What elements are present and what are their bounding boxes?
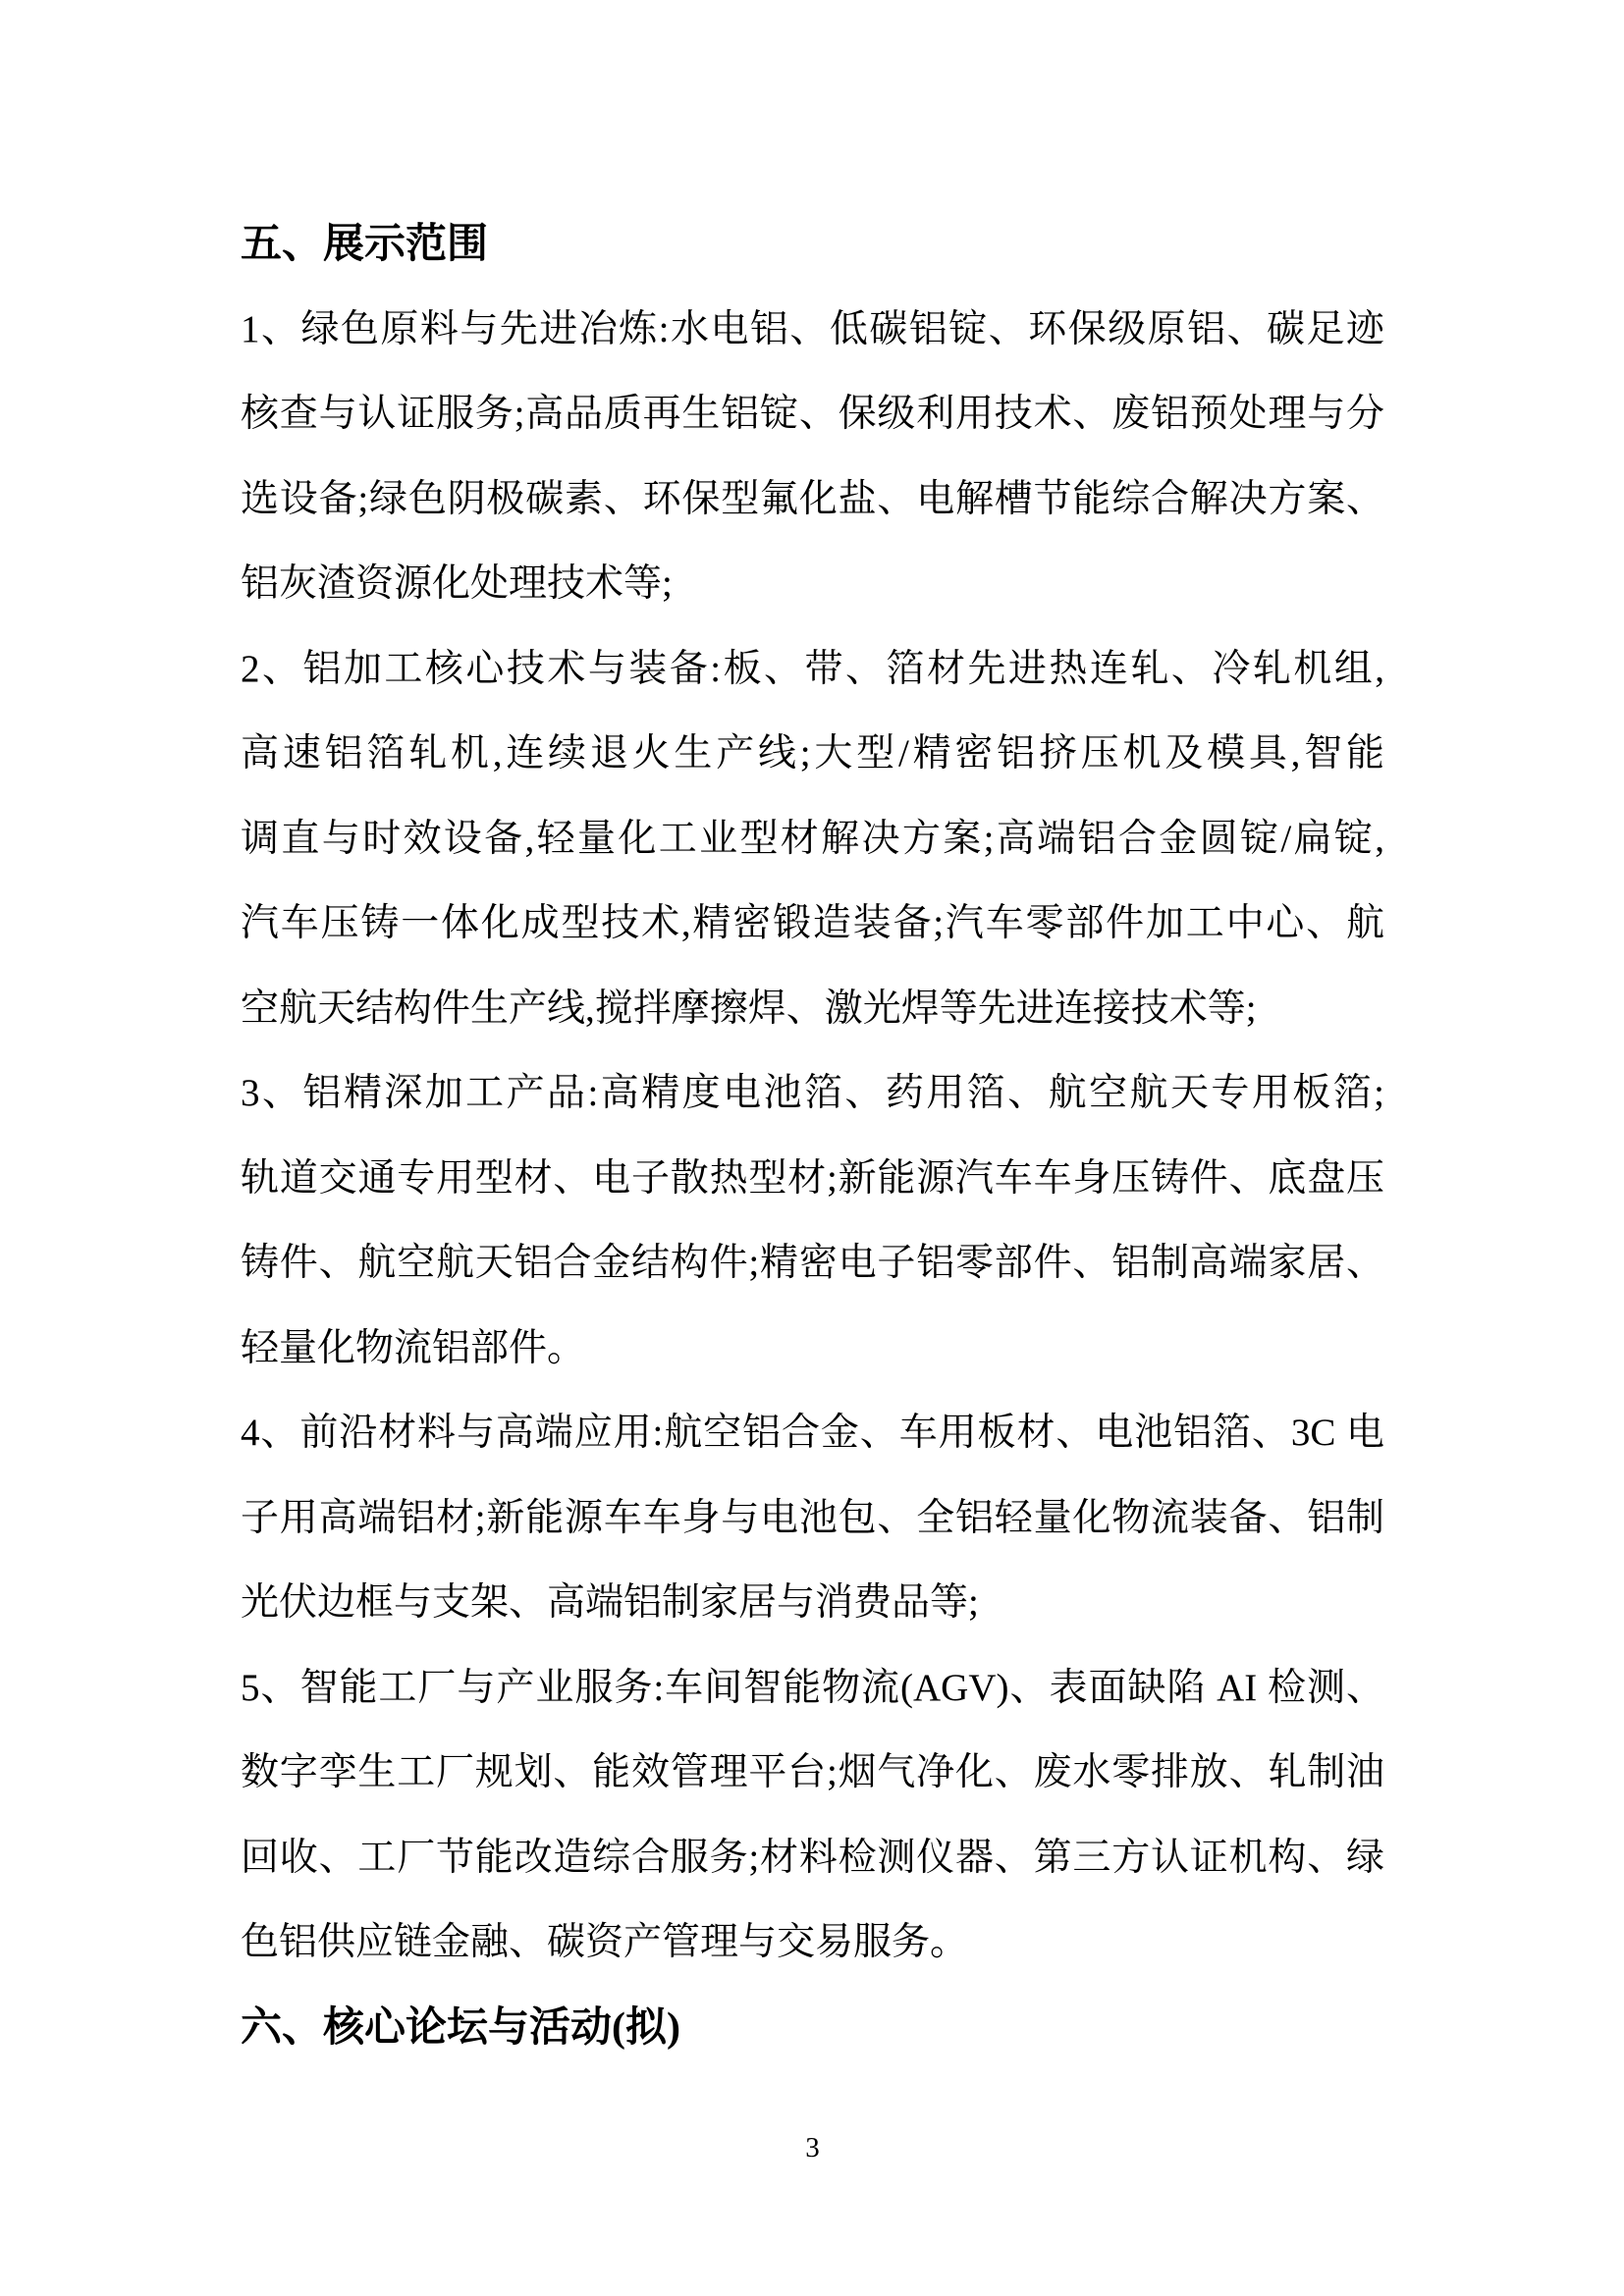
body-line: 色铝供应链金融、碳资产管理与交易服务。 [241,1900,1384,1986]
body-line: 高速铝箔轧机,连续退火生产线;大型/精密铝挤压机及模具,智能 [241,712,1384,797]
body-line: 4、前沿材料与高端应用:航空铝合金、车用板材、电池铝箔、3C 电 [241,1391,1384,1476]
body-line: 光伏边框与支架、高端铝制家居与消费品等; [241,1561,1384,1646]
body-line: 铸件、航空航天铝合金结构件;精密电子铝零部件、铝制高端家居、 [241,1221,1384,1307]
body-line: 轨道交通专用型材、电子散热型材;新能源汽车车身压铸件、底盘压 [241,1137,1384,1222]
document-page: 五、展示范围 1、绿色原料与先进冶炼:水电铝、低碳铝锭、环保级原铝、碳足迹 核查… [0,0,1624,2296]
page-number: 3 [241,2130,1384,2165]
body-line: 核查与认证服务;高品质再生铝锭、保级利用技术、废铝预处理与分 [241,372,1384,457]
body-line: 3、铝精深加工产品:高精度电池箔、药用箔、航空航天专用板箔; [241,1051,1384,1137]
body-line: 调直与时效设备,轻量化工业型材解决方案;高端铝合金圆锭/扁锭, [241,797,1384,882]
body-line: 汽车压铸一体化成型技术,精密锻造装备;汽车零部件加工中心、航 [241,881,1384,967]
section6-heading: 六、核心论坛与活动(拟) [241,1986,1384,2071]
body-line: 子用高端铝材;新能源车车身与电池包、全铝轻量化物流装备、铝制 [241,1476,1384,1562]
section5-heading: 五、展示范围 [241,202,1384,288]
body-line: 5、智能工厂与产业服务:车间智能物流(AGV)、表面缺陷 AI 检测、 [241,1646,1384,1732]
body-line: 铝灰渣资源化处理技术等; [241,542,1384,627]
body-line: 回收、工厂节能改造综合服务;材料检测仪器、第三方认证机构、绿 [241,1816,1384,1901]
body-line: 空航天结构件生产线,搅拌摩擦焊、激光焊等先进连接技术等; [241,967,1384,1052]
body-line: 轻量化物流铝部件。 [241,1307,1384,1392]
body-line: 1、绿色原料与先进冶炼:水电铝、低碳铝锭、环保级原铝、碳足迹 [241,288,1384,373]
body-line: 选设备;绿色阴极碳素、环保型氟化盐、电解槽节能综合解决方案、 [241,457,1384,543]
body-line: 数字孪生工厂规划、能效管理平台;烟气净化、废水零排放、轧制油 [241,1731,1384,1816]
document-body: 五、展示范围 1、绿色原料与先进冶炼:水电铝、低碳铝锭、环保级原铝、碳足迹 核查… [241,202,1384,2070]
body-line: 2、铝加工核心技术与装备:板、带、箔材先进热连轧、冷轧机组, [241,627,1384,713]
